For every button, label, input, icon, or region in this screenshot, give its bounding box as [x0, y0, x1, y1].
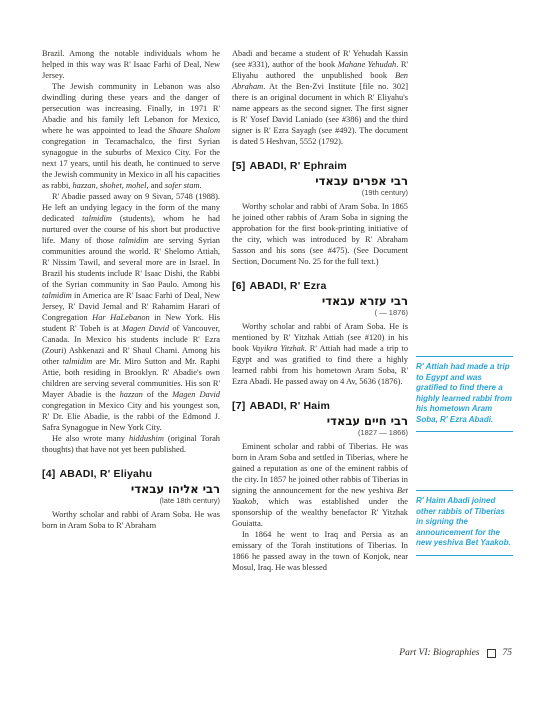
- entry-7-heading: [7]ABADI, R' Haim: [232, 400, 408, 413]
- paragraph: R' Abadie passed away on 9 Sivan, 5748 (…: [42, 191, 220, 433]
- entry-6-hebrew-title: רבי עזרא עבאדי: [232, 294, 408, 308]
- entry-4-hebrew-title: רבי אליהו עבאדי: [42, 482, 220, 496]
- entry-7-hebrew-title: רבי חיים עבאדי: [232, 414, 408, 428]
- paragraph: Worthy scholar and rabbi of Aram Soba. H…: [232, 321, 408, 387]
- entry-number: [5]: [232, 160, 245, 172]
- entry-5-dates: (19th century): [232, 188, 408, 198]
- footer-section-label: Part VI: Biographies: [399, 647, 479, 659]
- margin-note-haim-abadi: R' Haim Abadi joined other rabbis of Tib…: [416, 490, 513, 556]
- entry-number: [4]: [42, 468, 55, 480]
- entry-7: [7]ABADI, R' Haim רבי חיים עבאדי (1827 —…: [232, 400, 408, 573]
- right-column: Abadi and became a student of R' Yehudah…: [232, 48, 408, 573]
- entry-4-dates: (late 18th century): [42, 496, 220, 506]
- paragraph: Eminent scholar and rabbi of Tiberias. H…: [232, 441, 408, 529]
- entry-name: ABADI, R' Ephraim: [249, 160, 347, 172]
- entry-6-dates: ( — 1876): [232, 308, 408, 318]
- paragraph: He also wrote many hiddushim (original T…: [42, 433, 220, 455]
- paragraph: The Jewish community in Lebanon was also…: [42, 81, 220, 191]
- paragraph: Brazil. Among the notable individuals wh…: [42, 48, 220, 81]
- entry-7-dates: (1827 — 1866): [232, 428, 408, 438]
- entry-5: [5]ABADI, R' Ephraim רבי אפרים עבאדי (19…: [232, 160, 408, 267]
- entry-5-hebrew-title: רבי אפרים עבאדי: [232, 174, 408, 188]
- square-icon: [487, 649, 496, 658]
- left-column: Brazil. Among the notable individuals wh…: [42, 48, 220, 531]
- entry-name: ABADI, R' Haim: [249, 400, 330, 412]
- paragraph: Worthy scholar and rabbi of Aram Soba. H…: [42, 509, 220, 531]
- entry-4: [4]ABADI, R' Eliyahu רבי אליהו עבאדי (la…: [42, 468, 220, 531]
- entry-6-heading: [6]ABADI, R' Ezra: [232, 280, 408, 293]
- footer-page-number: 75: [503, 647, 513, 659]
- entry-number: [7]: [232, 400, 245, 412]
- book-page: Brazil. Among the notable individuals wh…: [0, 0, 550, 712]
- margin-note-attiah: R' Attiah had made a trip to Egypt and w…: [416, 356, 513, 432]
- entry-6: [6]ABADI, R' Ezra רבי עזרא עבאדי ( — 187…: [232, 280, 408, 387]
- paragraph: In 1864 he went to Iraq and Persia as an…: [232, 529, 408, 573]
- entry-name: ABADI, R' Ezra: [249, 280, 326, 292]
- entry-number: [6]: [232, 280, 245, 292]
- entry-4-heading: [4]ABADI, R' Eliyahu: [42, 468, 220, 481]
- paragraph: Worthy scholar and rabbi of Aram Soba. I…: [232, 201, 408, 267]
- paragraph: Abadi and became a student of R' Yehudah…: [232, 48, 408, 147]
- entry-5-heading: [5]ABADI, R' Ephraim: [232, 160, 408, 173]
- page-footer: Part VI: Biographies 75: [399, 647, 512, 659]
- entry-name: ABADI, R' Eliyahu: [59, 468, 152, 480]
